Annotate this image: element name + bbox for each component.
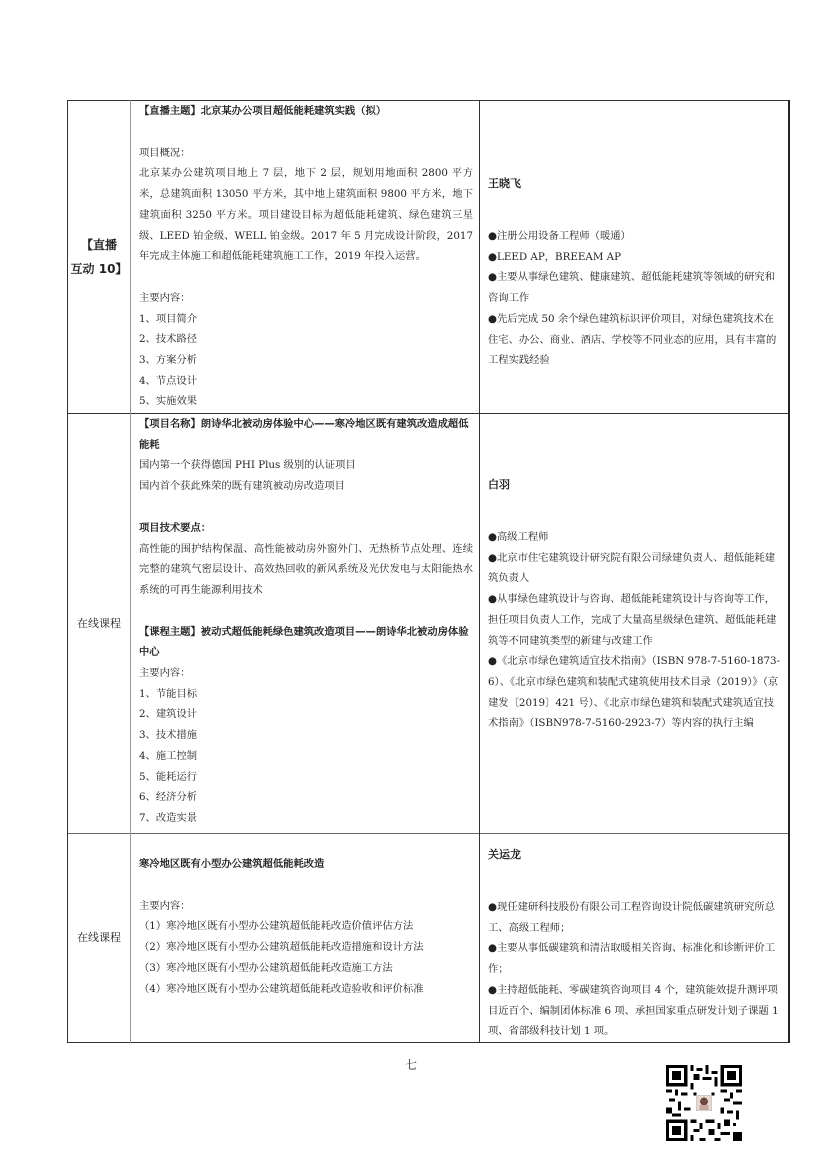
speaker-name: 王晓飞 [488,174,782,194]
list-item: 7、改造实景 [139,808,473,829]
speaker-bullet: ●先后完成 50 余个绿色建筑标识评价项目，对绿色建筑技术在住宅、办公、商业、酒… [488,309,782,371]
content-cell: 【项目名称】朗诗华北被动房体验中心——寒冷地区既有建筑改造成超低能耗 国内第一个… [131,414,480,834]
spacer [488,876,782,897]
list-item: 1、项目简介 [139,309,473,330]
main-content-label: 主要内容： [139,663,473,684]
content-cell: 寒冷地区既有小型办公建筑超低能耗改造 主要内容： （1）寒冷地区既有小型办公建筑… [131,834,480,1043]
speaker-bullet: ●北京市住宅建筑设计研究院有限公司绿建负责人、超低能耗建筑负责人 [488,548,782,589]
project-title: 【项目名称】朗诗华北被动房体验中心——寒冷地区既有建筑改造成超低能耗 [139,414,473,455]
list-item: 2、建筑设计 [139,704,473,725]
table-row: 【直播 互动 10】 【直播主题】北京某办公项目超低能耗建筑实践（拟） 项目概况… [68,101,790,414]
speaker-bullet: ●从事绿色建筑设计与咨询、超低能耗建筑设计与咨询等工作，担任项目负责人工作，完成… [488,589,782,651]
table-row: 在线课程 【项目名称】朗诗华北被动房体验中心——寒冷地区既有建筑改造成超低能耗 … [68,414,790,834]
list-item: 1、节能目标 [139,684,473,705]
spacer [139,122,473,143]
speaker-bullet: ●现任建研科技股份有限公司工程咨询设计院低碳建筑研究所总工、高级工程师； [488,897,782,938]
live-topic-title: 【直播主题】北京某办公项目超低能耗建筑实践（拟） [139,101,473,122]
row-label: 【直播 [68,233,130,257]
list-item: 6、经济分析 [139,787,473,808]
list-item: （3）寒冷地区既有小型办公建筑超低能耗改造施工方法 [139,958,473,979]
speaker-cell: 王晓飞 ●注册公用设备工程师（暖通） ●LEED AP，BREEAM AP ●主… [480,101,790,414]
spacer [139,875,473,896]
row-label: 互动 10】 [68,257,130,281]
spacer [139,267,473,288]
tech-points-label: 项目技术要点： [139,518,473,539]
project-line: 国内第一个获得德国 PHI Plus 级别的认证项目 [139,455,473,476]
list-item: 4、施工控制 [139,746,473,767]
row-label-cell: 在线课程 [68,414,131,834]
project-line: 国内首个获此殊荣的既有建筑被动房改造项目 [139,476,473,497]
speaker-bullet: ●LEED AP，BREEAM AP [488,247,782,268]
row-label-cell: 在线课程 [68,834,131,1043]
list-item: 2、技术路径 [139,329,473,350]
speaker-bullet: ●注册公用设备工程师（暖通） [488,226,782,247]
main-content-label: 主要内容： [139,896,473,917]
speaker-bullet: ●《北京市绿色建筑适宜技术指南》（ISBN 978-7-5160-1873-6）… [488,651,782,734]
speaker-bullet: ●主持超低能耗、零碳建筑咨询项目 4 个，建筑能效提升测评项目近百个、编制团体标… [488,980,782,1042]
overview-label: 项目概况： [139,143,473,164]
spacer [139,601,473,622]
list-item: （2）寒冷地区既有小型办公建筑超低能耗改造措施和设计方法 [139,937,473,958]
speaker-bullet: ●高级工程师 [488,527,782,548]
speaker-cell: 关运龙 ●现任建研科技股份有限公司工程咨询设计院低碳建筑研究所总工、高级工程师；… [480,834,790,1043]
speaker-bullet: ●主要从事低碳建筑和清洁取暖相关咨询、标准化和诊断评价工作； [488,938,782,979]
course-topic-title: 【课程主题】被动式超低能耗绿色建筑改造项目——朗诗华北被动房体验中心 [139,622,473,663]
list-item: 3、技术措施 [139,725,473,746]
list-item: 3、方案分析 [139,350,473,371]
row-label: 在线课程 [68,614,130,634]
list-item: 5、能耗运行 [139,767,473,788]
speaker-bullet: ●主要从事绿色建筑、健康建筑、超低能耗建筑等领域的研究和咨询工作 [488,267,782,308]
content-cell: 【直播主题】北京某办公项目超低能耗建筑实践（拟） 项目概况： 北京某办公建筑项目… [131,101,480,414]
row-label: 在线课程 [68,928,130,948]
row-label-cell: 【直播 互动 10】 [68,101,131,414]
schedule-table: 【直播 互动 10】 【直播主题】北京某办公项目超低能耗建筑实践（拟） 项目概况… [67,100,790,1043]
course-title: 寒冷地区既有小型办公建筑超低能耗改造 [139,854,473,875]
list-item: 4、节点设计 [139,371,473,392]
list-item: （4）寒冷地区既有小型办公建筑超低能耗改造验收和评价标准 [139,979,473,1000]
speaker-name: 关运龙 [488,845,782,865]
speaker-cell: 白羽 ●高级工程师 ●北京市住宅建筑设计研究院有限公司绿建负责人、超低能耗建筑负… [480,414,790,834]
spacer [139,497,473,518]
spacer [488,506,782,527]
table-row: 在线课程 寒冷地区既有小型办公建筑超低能耗改造 主要内容： （1）寒冷地区既有小… [68,834,790,1043]
list-item: （1）寒冷地区既有小型办公建筑超低能耗改造价值评估方法 [139,916,473,937]
tech-points-text: 高性能的围护结构保温、高性能被动房外窗外门、无热桥节点处理、连续完整的建筑气密层… [139,539,473,601]
overview-text: 北京某办公建筑项目地上 7 层，地下 2 层，规划用地面积 2800 平方米，总… [139,163,473,267]
main-content-label: 主要内容： [139,288,473,309]
list-item: 5、实施效果 [139,391,473,412]
page-number: 七 [405,1056,417,1073]
qr-code-icon [666,1065,742,1141]
spacer [488,205,782,226]
speaker-name: 白羽 [488,475,782,495]
